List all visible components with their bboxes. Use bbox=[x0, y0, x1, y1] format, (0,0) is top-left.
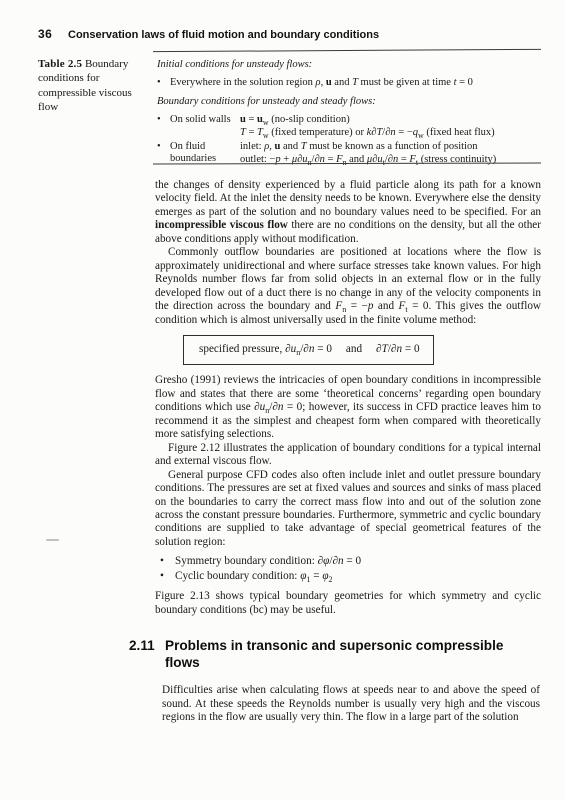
paragraph-figure-2-12: Figure 2.12 illustrates the application … bbox=[155, 442, 541, 469]
paragraph-outflow: Commonly outflow boundaries are position… bbox=[155, 246, 541, 327]
table-row-line: T = Tw (fixed temperature) or k∂T/∂n = −… bbox=[240, 127, 552, 139]
section-title: Problems in transonic and supersonic com… bbox=[165, 638, 537, 671]
table-top-rule bbox=[153, 49, 541, 52]
section-number: 2.11 bbox=[129, 638, 165, 671]
table-row-line: u = uw (no-slip condition) bbox=[240, 114, 552, 126]
table-row-solid-walls: • On solid walls u = uw (no-slip conditi… bbox=[157, 114, 552, 140]
body-text-column: the changes of density experienced by a … bbox=[155, 179, 541, 724]
paragraph-cfd-codes: General purpose CFD codes also often inc… bbox=[155, 469, 541, 550]
paragraph-gresho: Gresho (1991) reviews the intricacies of… bbox=[155, 374, 541, 441]
page-number: 36 bbox=[38, 27, 68, 41]
bullet-icon: • bbox=[157, 77, 170, 89]
chapter-running-title: Conservation laws of fluid motion and bo… bbox=[68, 29, 379, 41]
table-row-line: outlet: −p + μ∂un/∂n = Fn and μ∂ut/∂n = … bbox=[240, 154, 552, 166]
list-item-cyclic: • Cyclic boundary condition: φ1 = φ2 bbox=[160, 569, 541, 583]
outflow-condition-equation-box: specified pressure, ∂un/∂n = 0 and ∂T/∂n… bbox=[183, 335, 434, 365]
bullet-icon: • bbox=[157, 114, 170, 140]
table-initial-heading: Initial conditions for unsteady flows: bbox=[157, 59, 552, 71]
table-content: Initial conditions for unsteady flows: •… bbox=[157, 58, 552, 167]
table-caption: Table 2.5 Boundary conditions for compre… bbox=[38, 57, 150, 114]
scan-artifact-dash bbox=[46, 539, 59, 541]
paragraph-difficulties: Difficulties arise when calculating flow… bbox=[162, 684, 540, 724]
table-boundary-heading: Boundary conditions for unsteady and ste… bbox=[157, 96, 552, 108]
paragraph-density: the changes of density experienced by a … bbox=[155, 179, 541, 246]
list-item-symmetry: • Symmetry boundary condition: ∂φ/∂n = 0 bbox=[160, 554, 541, 568]
condition-bullet-list: • Symmetry boundary condition: ∂φ/∂n = 0… bbox=[160, 554, 541, 583]
table-initial-bullet: • Everywhere in the solution region ρ, u… bbox=[157, 77, 552, 89]
table-row-label: On solid walls bbox=[170, 114, 240, 140]
table-caption-label: Table 2.5 bbox=[38, 58, 82, 70]
equation-wrapper: specified pressure, ∂un/∂n = 0 and ∂T/∂n… bbox=[183, 335, 541, 365]
bullet-icon: • bbox=[160, 554, 175, 568]
cyclic-condition-text: Cyclic boundary condition: φ1 = φ2 bbox=[175, 569, 333, 583]
symmetry-condition-text: Symmetry boundary condition: ∂φ/∂n = 0 bbox=[175, 554, 361, 568]
paragraph-figure-2-13: Figure 2.13 shows typical boundary geome… bbox=[155, 590, 541, 617]
table-initial-bullet-text: Everywhere in the solution region ρ, u a… bbox=[170, 77, 473, 89]
section-heading: 2.11 Problems in transonic and supersoni… bbox=[129, 638, 541, 671]
running-head: 36 Conservation laws of fluid motion and… bbox=[38, 27, 540, 41]
table-row-values: u = uw (no-slip condition) T = Tw (fixed… bbox=[240, 114, 552, 140]
book-page: 36 Conservation laws of fluid motion and… bbox=[0, 0, 565, 800]
table-row-line: inlet: ρ, u and T must be known as a fun… bbox=[240, 141, 552, 153]
bullet-icon: • bbox=[160, 569, 175, 583]
